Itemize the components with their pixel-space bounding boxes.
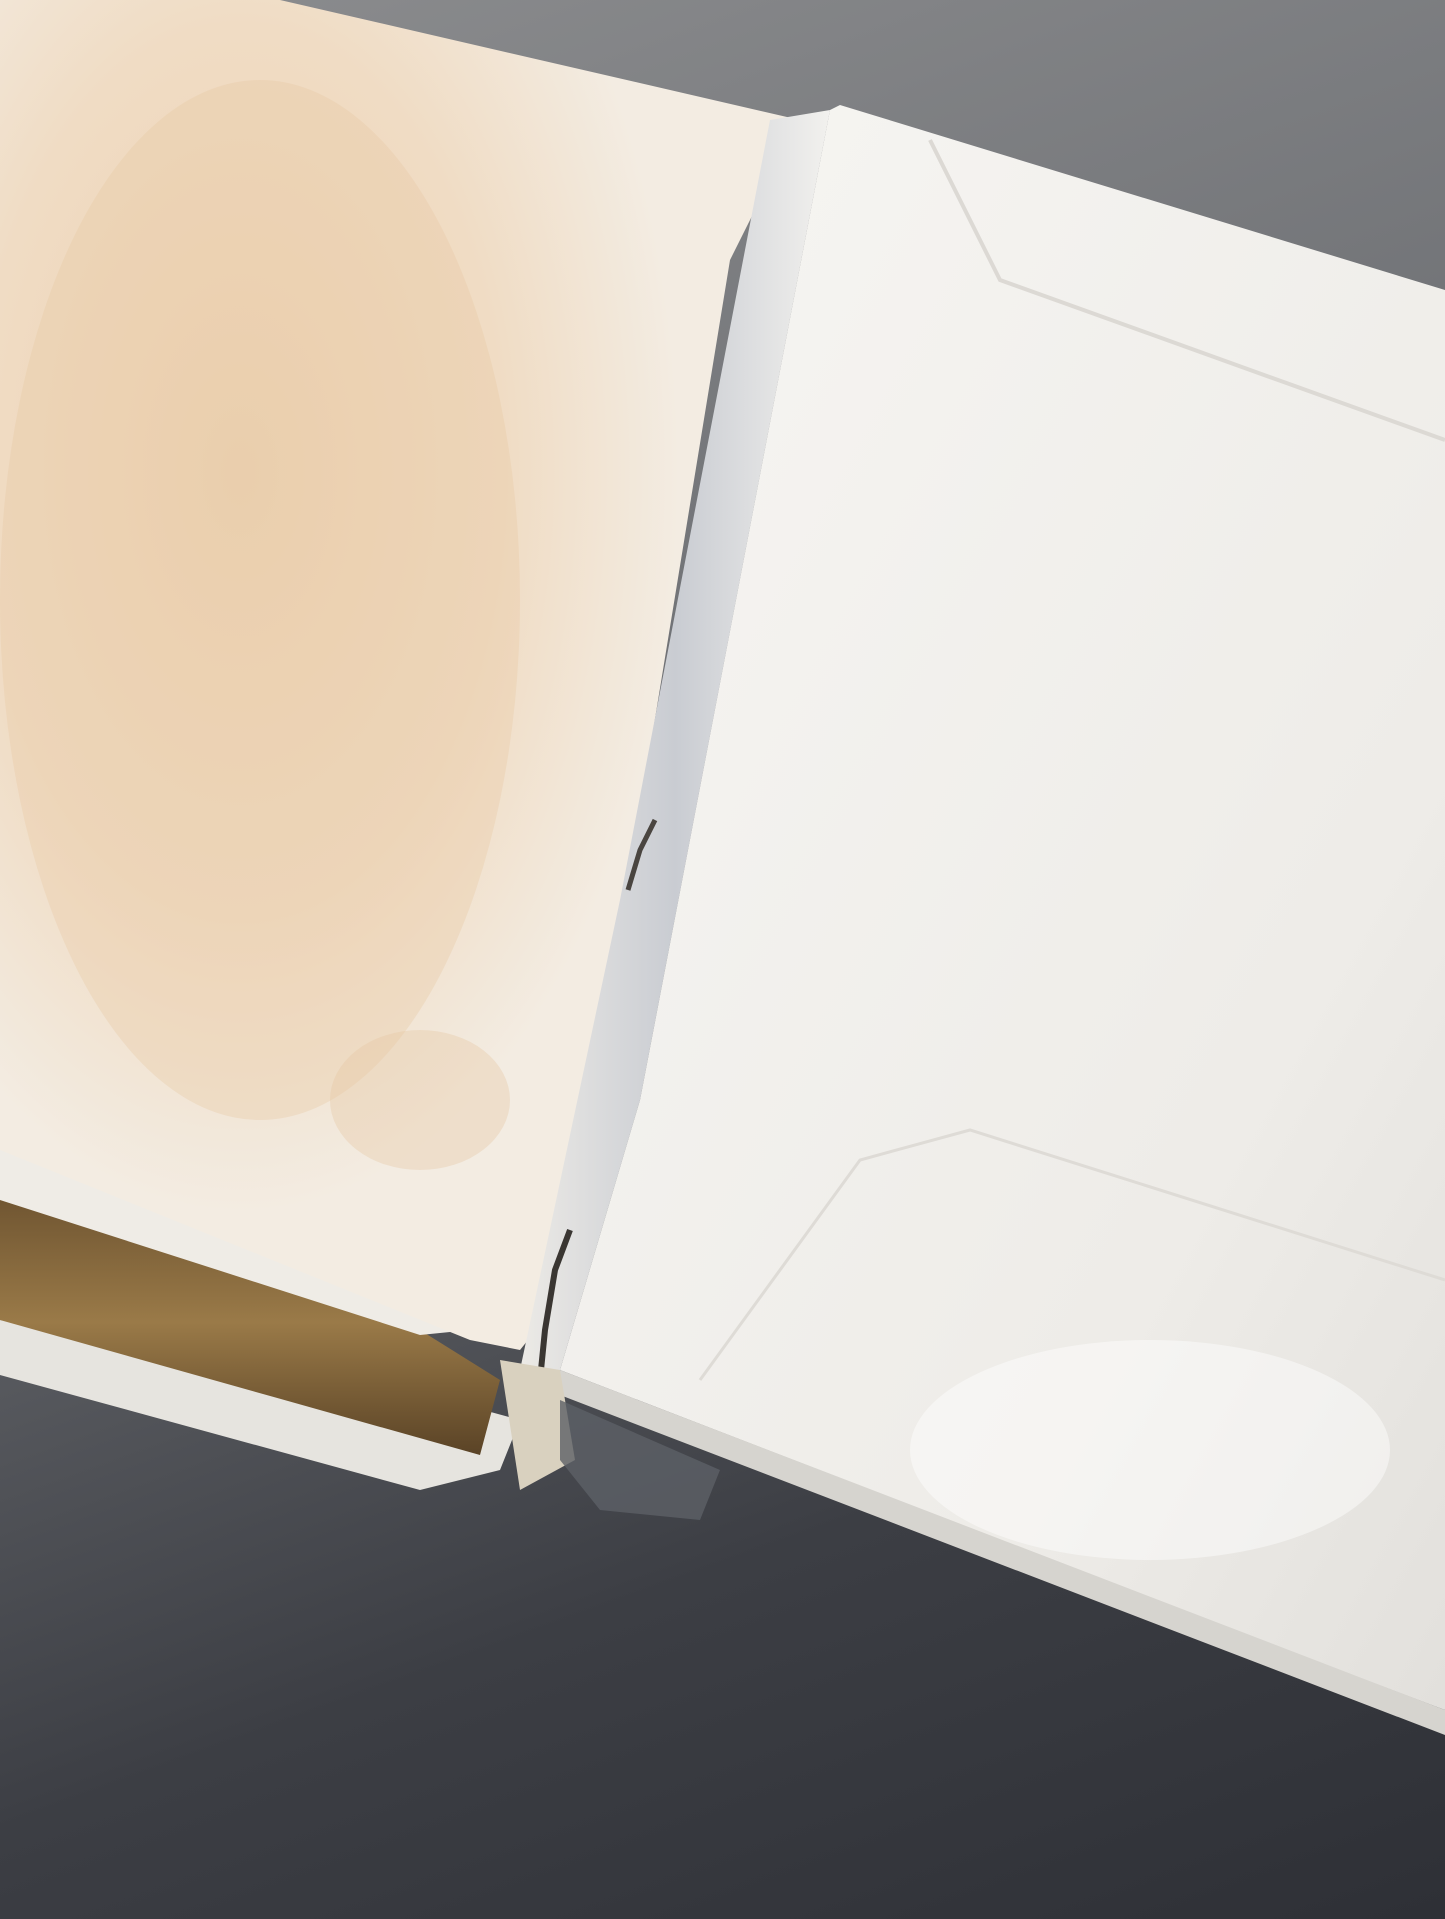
photo-scene <box>0 0 1445 1919</box>
book-illustration <box>0 0 1445 1919</box>
